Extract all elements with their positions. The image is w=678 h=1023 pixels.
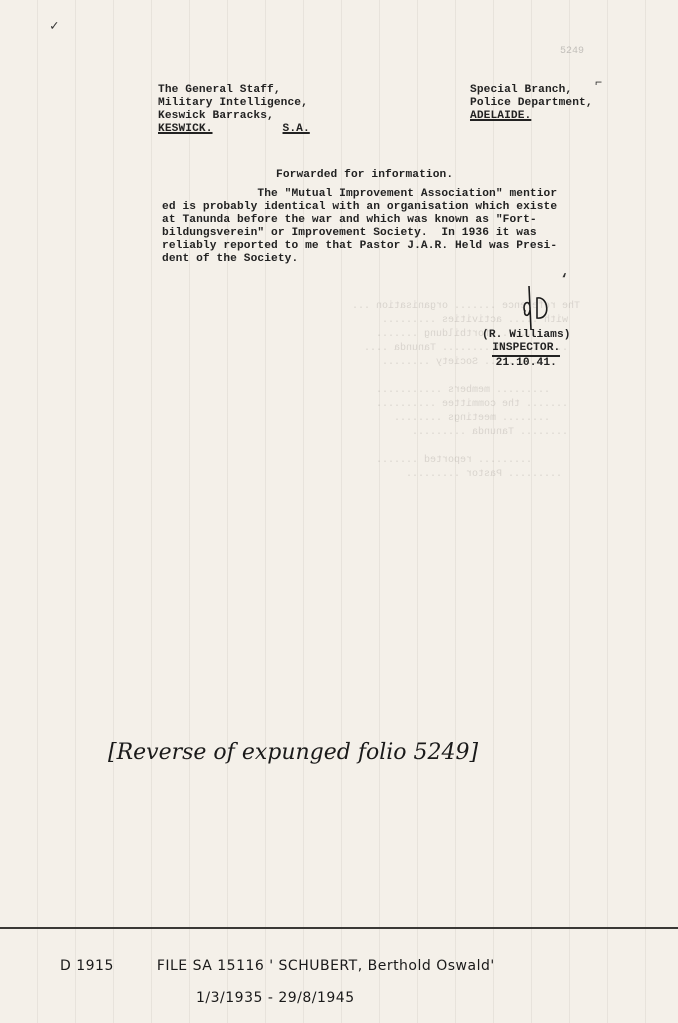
recipient-city: ADELAIDE.	[470, 110, 593, 123]
body-line: reliably reported to me that Pastor J.A.…	[162, 240, 678, 253]
recipient-address: Special Branch, Police Department, ADELA…	[470, 84, 593, 123]
sender-address-line: Keswick Barracks,	[158, 110, 310, 123]
document-page: ✓ 5249 ⌐ The General Staff, Military Int…	[0, 0, 678, 1023]
recipient-address-line: Special Branch,	[470, 84, 593, 97]
body-line: bildungsverein" or Improvement Society. …	[162, 227, 678, 240]
bleed-through-text: The reference ....... organisation ... w…	[180, 300, 580, 920]
ink-mark: ‘	[560, 272, 568, 288]
footer-file-title: FILE SA 15116 ' SCHUBERT, Berthold Oswal…	[157, 958, 495, 974]
handwritten-annotation: [Reverse of expunged folio 5249]	[108, 740, 478, 765]
body-paragraph: The "Mutual Improvement Association" men…	[162, 188, 678, 266]
body-line: The "Mutual Improvement Association" men…	[162, 188, 678, 201]
pencil-dash-mark: ⌐	[595, 76, 602, 90]
sender-address-line: Military Intelligence,	[158, 97, 310, 110]
footer-series: D 1915	[60, 958, 114, 974]
sender-state: S.A.	[283, 123, 310, 135]
body-line: dent of the Society.	[162, 253, 678, 266]
corner-pencil-mark: ✓	[50, 18, 58, 35]
forwarded-line: Forwarded for information.	[276, 169, 453, 182]
body-line: at Tanunda before the war and which was …	[162, 214, 678, 227]
horizontal-rule	[0, 927, 678, 929]
sender-city: KESWICK.	[158, 123, 213, 135]
footer-file-reference: D 1915 FILE SA 15116 ' SCHUBERT, Berthol…	[60, 958, 533, 974]
recipient-address-line: Police Department,	[470, 97, 593, 110]
body-line: ed is probably identical with an organis…	[162, 201, 678, 214]
sender-address: The General Staff, Military Intelligence…	[158, 84, 310, 136]
sender-address-line: The General Staff,	[158, 84, 310, 97]
sender-address-city: KESWICK.S.A.	[158, 123, 310, 136]
faint-stamp: 5249	[560, 46, 584, 57]
footer-date-range: 1/3/1935 - 29/8/1945	[196, 990, 355, 1006]
